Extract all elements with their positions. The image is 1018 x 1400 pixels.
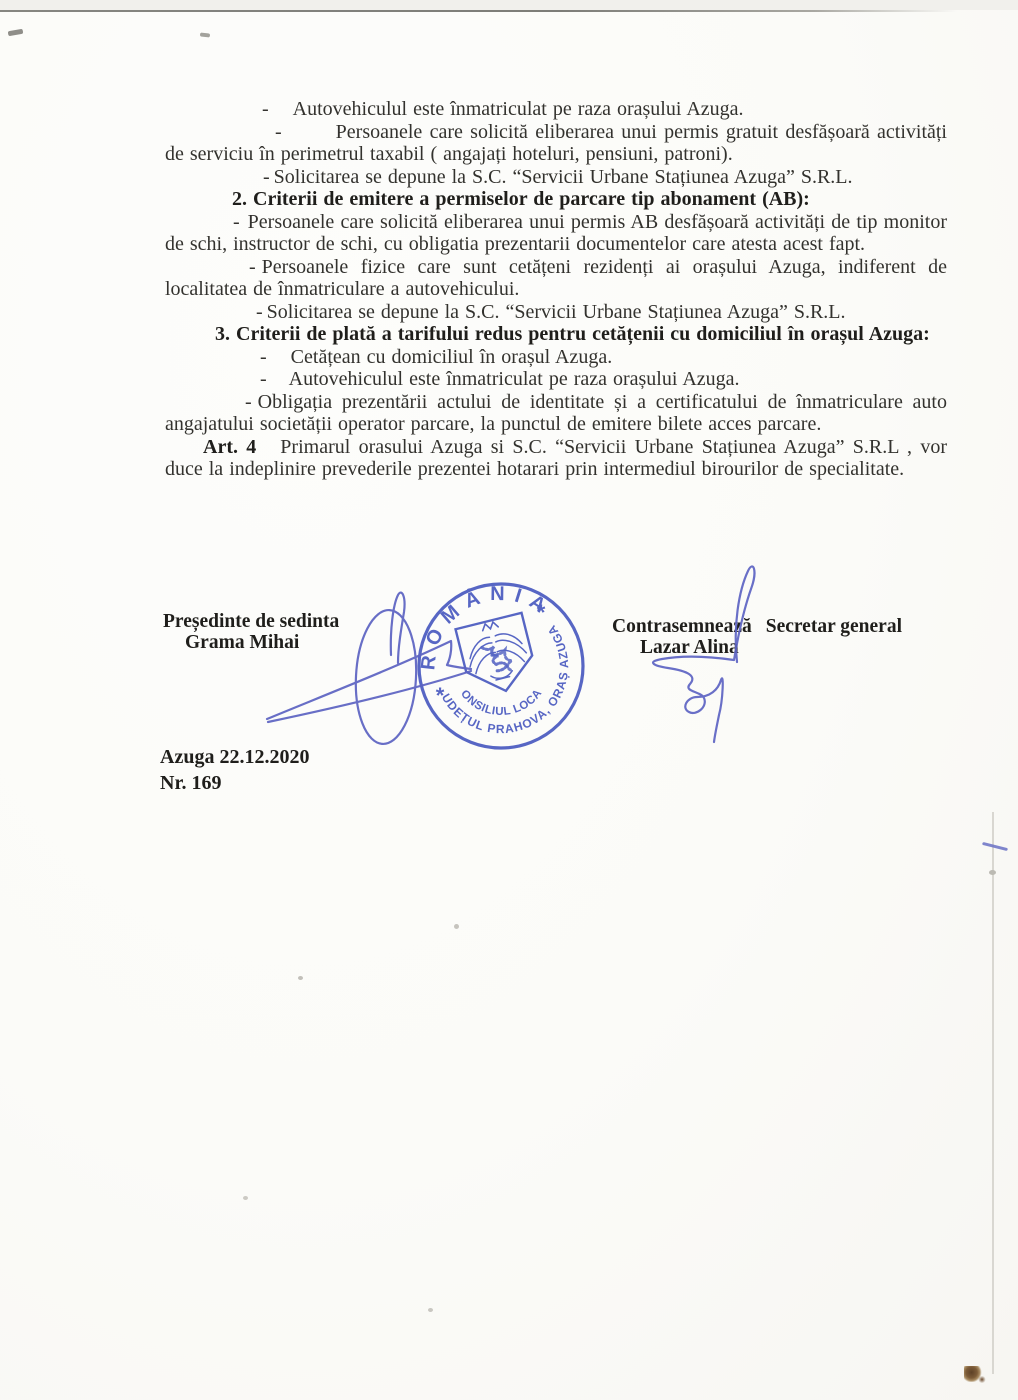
document-number: Nr. 169 <box>160 770 309 796</box>
list-item-text: Persoanele fizice care sunt cetățeni rez… <box>165 256 947 301</box>
article-text: Primarul orasului Azuga si S.C. “Servici… <box>165 436 947 481</box>
list-item: -Autovehiculul este înmatriculat pe raza… <box>165 368 947 391</box>
list-item: -Cetățean cu domiciliul în orașul Azuga. <box>165 346 947 369</box>
issue-place-date: Azuga 22.12.2020 <box>160 744 309 770</box>
list-item: -Autovehiculul este înmatriculat pe raza… <box>165 98 947 121</box>
list-item-text: Autovehiculul este înmatriculat pe raza … <box>293 98 744 120</box>
secretary-title: Secretar general <box>766 616 902 637</box>
scan-speck <box>298 976 303 980</box>
list-item: -Solicitarea se depune la S.C. “Servicii… <box>165 301 947 324</box>
article-label: Art. 4 <box>203 436 256 458</box>
scan-speck <box>200 32 210 37</box>
scan-edge-line <box>0 10 1018 12</box>
scan-edge-line-right <box>992 812 994 1374</box>
bullet-dash: - <box>275 121 282 143</box>
scan-speck <box>454 924 459 929</box>
bullet-dash: - <box>260 368 267 390</box>
stamp-coat-of-arms-icon <box>456 613 539 699</box>
list-item: -Obligația prezentării actului de identi… <box>165 391 947 436</box>
list-item: -Persoanele fizice care sunt cetățeni re… <box>165 256 947 301</box>
stamp-country-text: ROMÂNIA <box>417 582 557 671</box>
scan-speck <box>243 1196 248 1200</box>
bullet-dash: - <box>249 256 256 278</box>
svg-text:ROMÂNIA: ROMÂNIA <box>417 582 557 671</box>
article-paragraph: Art. 4Primarul orasului Azuga si S.C. “S… <box>165 436 947 481</box>
section-heading: 2. Criterii de emitere a permiselor de p… <box>165 188 947 211</box>
secretary-name: Lazar Alina <box>612 637 902 658</box>
scan-speck <box>8 29 24 37</box>
list-item: -Persoanele care solicită eliberarea unu… <box>165 211 947 256</box>
pen-stray-mark <box>982 842 1008 851</box>
document-page: -Autovehiculul este înmatriculat pe raza… <box>0 0 1018 1400</box>
secretary-signature-block: ContrasemneazăSecretar general Lazar Ali… <box>612 616 902 658</box>
scan-top-strip <box>0 0 1018 10</box>
list-item-text: Cetățean cu domiciliul în orașul Azuga. <box>291 346 613 368</box>
bullet-dash: - <box>262 98 269 120</box>
list-item-text: Persoanele care solicită eliberarea unui… <box>165 211 947 256</box>
president-signature-block: Președinte de sedinta Grama Mihai <box>163 611 339 653</box>
list-item-text: Persoanele care solicită eliberarea unui… <box>165 121 947 166</box>
document-body: -Autovehiculul este înmatriculat pe raza… <box>165 98 947 481</box>
list-item-text: Autovehiculul este înmatriculat pe raza … <box>289 368 740 390</box>
bullet-dash: - <box>263 166 270 188</box>
scan-speck <box>989 870 996 875</box>
bullet-dash: - <box>256 301 263 323</box>
list-item-text: Solicitarea se depune la S.C. “Servicii … <box>274 166 853 188</box>
list-item-text: Solicitarea se depune la S.C. “Servicii … <box>267 301 846 323</box>
list-item-text: Obligația prezentării actului de identit… <box>165 391 947 436</box>
scan-stain <box>978 1376 986 1383</box>
president-title: Președinte de sedinta <box>163 611 339 632</box>
bullet-dash: - <box>233 211 240 233</box>
section-heading: 3. Criterii de plată a tarifului redus p… <box>165 323 947 346</box>
list-item: -Persoanele care solicită eliberarea unu… <box>165 121 947 166</box>
document-footer: Azuga 22.12.2020 Nr. 169 <box>160 744 309 796</box>
stamp-star-icon: * <box>436 683 445 708</box>
president-name: Grama Mihai <box>163 632 339 653</box>
bullet-dash: - <box>245 391 252 413</box>
countersign-label: Contrasemnează <box>612 616 752 637</box>
stamp-star-icon: * <box>537 600 546 625</box>
list-item: -Solicitarea se depune la S.C. “Servicii… <box>165 166 947 189</box>
bullet-dash: - <box>260 346 267 368</box>
scan-speck <box>428 1308 433 1312</box>
